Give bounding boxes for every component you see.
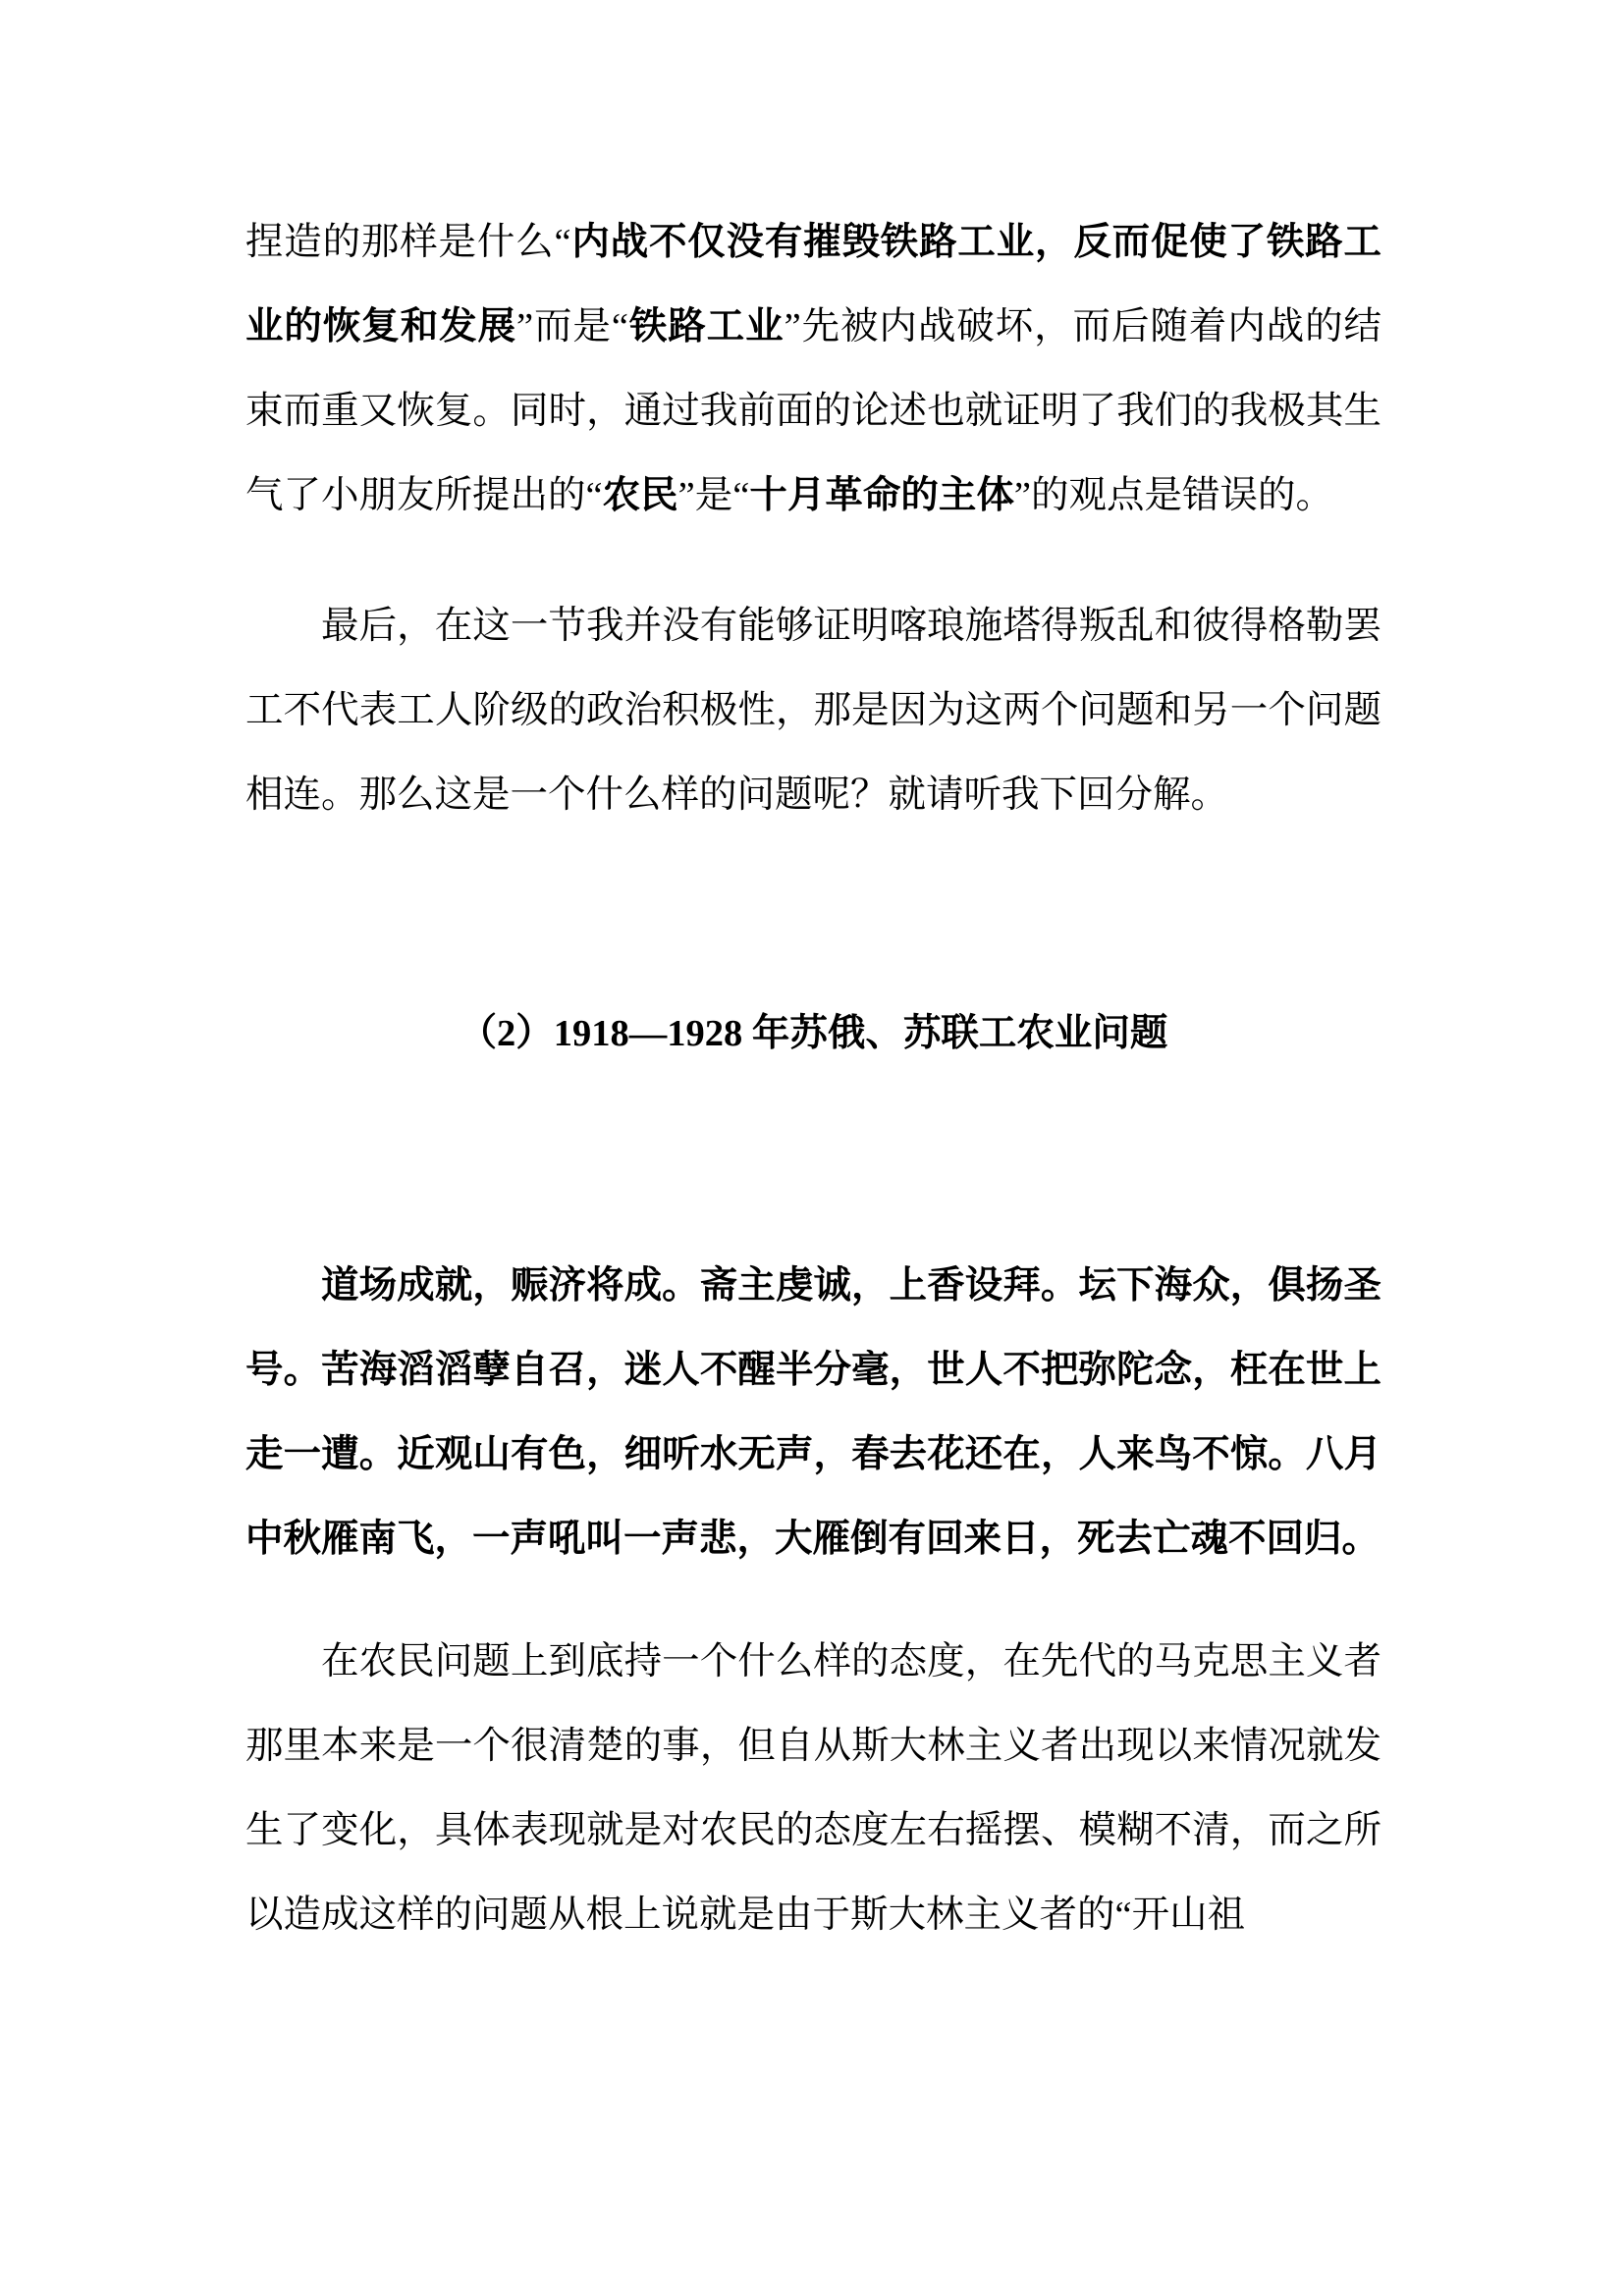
- document-page: 捏造的那样是什么“内战不仅没有摧毁铁路工业，反而促使了铁路工业的恢复和发展”而是…: [0, 0, 1624, 2296]
- bold-text-run: 农民: [603, 475, 678, 516]
- text-run: ”: [516, 306, 533, 347]
- text-run: 的观点是错误的。: [1031, 475, 1333, 516]
- text-run: “: [612, 306, 628, 347]
- text-run: “: [1115, 1895, 1132, 1936]
- text-run: ”: [1014, 475, 1031, 516]
- verse-quote-paragraph: 道场成就，赈济将成。斋主虔诚，上香设拜。坛下海众，俱扬圣号。苦海滔滔孽自召，迷人…: [245, 1244, 1381, 1581]
- text-run: 开山祖: [1132, 1895, 1246, 1936]
- text-run: “: [554, 222, 570, 263]
- body-paragraph: 在农民问题上到底持一个什么样的态度，在先代的马克思主义者那里本来是一个很清楚的事…: [245, 1620, 1381, 1957]
- bold-text-run: 铁路工业: [628, 306, 785, 347]
- bold-text-run: （2）1918—1928 年苏俄、苏联工农业问题: [460, 1013, 1168, 1054]
- text-run: “: [732, 475, 749, 516]
- text-run: ”: [785, 306, 801, 347]
- text-run: 而是: [533, 306, 612, 347]
- text-run: ”: [678, 475, 695, 516]
- section-heading: （2）1918—1928 年苏俄、苏联工农业问题: [245, 991, 1381, 1076]
- closing-remark-paragraph: 最后，在这一节我并没有能够证明喀琅施塔得叛乱和彼得格勒罢工不代表工人阶级的政治积…: [245, 584, 1381, 837]
- text-run: 是: [695, 475, 733, 516]
- bold-text-run: 道场成就，赈济将成。斋主虔诚，上香设拜。坛下海众，俱扬圣号。苦海滔滔孽自召，迷人…: [245, 1265, 1381, 1560]
- text-run: 捏造的那样是什么: [245, 222, 554, 263]
- text-run: “: [586, 475, 603, 516]
- text-run: 在农民问题上到底持一个什么样的态度，在先代的马克思主义者那里本来是一个很清楚的事…: [245, 1641, 1381, 1936]
- continued-body-paragraph: 捏造的那样是什么“内战不仅没有摧毁铁路工业，反而促使了铁路工业的恢复和发展”而是…: [245, 200, 1381, 538]
- text-content: 捏造的那样是什么“内战不仅没有摧毁铁路工业，反而促使了铁路工业的恢复和发展”而是…: [245, 0, 1381, 1957]
- bold-text-run: 十月革命的主体: [749, 475, 1014, 516]
- text-run: 最后，在这一节我并没有能够证明喀琅施塔得叛乱和彼得格勒罢工不代表工人阶级的政治积…: [245, 606, 1381, 816]
